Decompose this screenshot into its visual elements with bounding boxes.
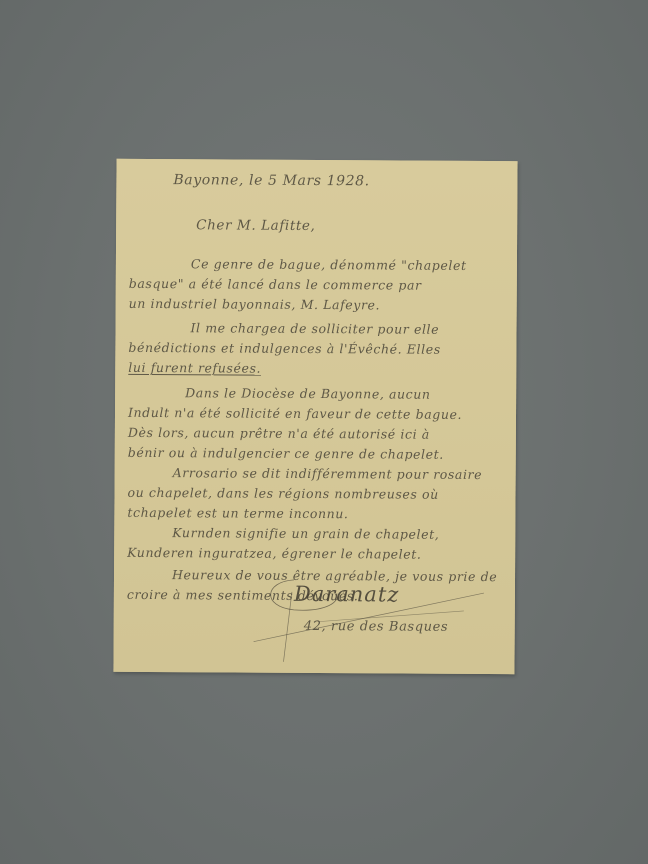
address: 42, rue des Basques [304, 620, 449, 634]
letter-line: tchapelet est un terme inconnu. [127, 507, 348, 521]
letter-line: Arrosario se dit indifféremment pour ros… [173, 467, 483, 481]
letter-line: bénir ou à indulgencier ce genre de chap… [128, 447, 444, 461]
letter-line: Dans le Diocèse de Bayonne, aucun [185, 387, 431, 401]
signature: Daranatz [294, 582, 400, 607]
letter-line: Dès lors, aucun prêtre n'a été autorisé … [128, 427, 430, 441]
letter-paper: Bayonne, le 5 Mars 1928. Cher M. Lafitte… [113, 159, 517, 674]
letter-line: Indult n'a été sollicité en faveur de ce… [128, 407, 462, 422]
letter-line: basque" a été lancé dans le commerce par [129, 278, 422, 292]
letter-line: Ce genre de bague, dénommé "chapelet [191, 258, 467, 272]
letter-line: ou chapelet, dans les régions nombreuses… [127, 487, 438, 501]
letter-line: lui furent refusées. [128, 362, 261, 375]
dateline: Bayonne, le 5 Mars 1928. [173, 173, 369, 188]
letter-line: Kunderen inguratzea, égrener le chapelet… [127, 547, 421, 561]
salutation: Cher M. Lafitte, [196, 219, 315, 233]
letter-line: bénédictions et indulgences à l'Évêché. … [128, 342, 440, 356]
letter-line: Kurnden signifie un grain de chapelet, [172, 527, 439, 541]
letter-line: Il me chargea de solliciter pour elle [190, 322, 439, 336]
letter-line: un industriel bayonnais, M. Lafeyre. [129, 298, 381, 312]
